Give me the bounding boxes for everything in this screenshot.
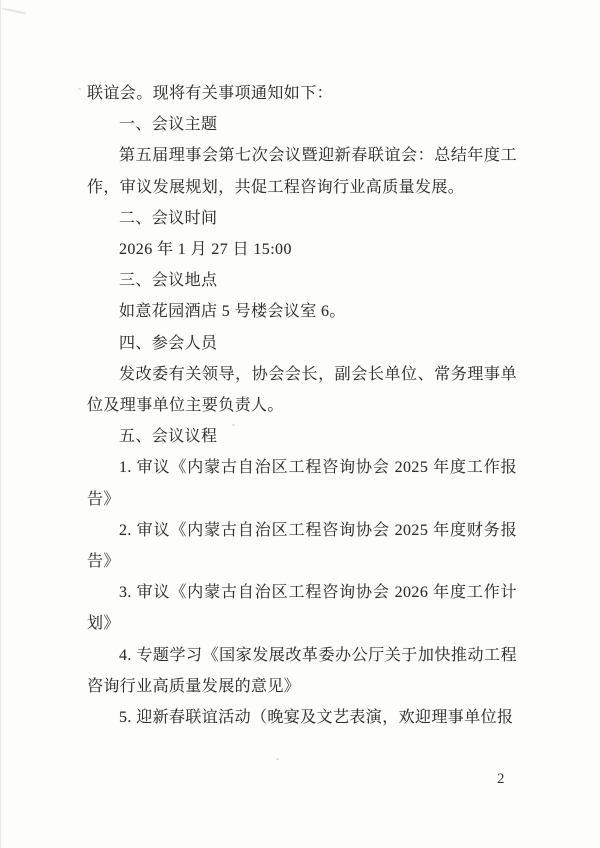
scan-smudge-artifact — [2, 8, 26, 15]
document-page: 联谊会。现将有关事项通知如下：一、会议主题第五届理事会第七次会议暨迎新春联谊会：… — [0, 0, 600, 848]
document-paragraph: 3. 审议《内蒙古自治区工程咨询协会 2026 年度工作计划》 — [87, 577, 517, 639]
document-paragraph: 四、参会人员 — [87, 328, 517, 359]
document-paragraph: 5. 迎新春联谊活动（晚宴及文艺表演，欢迎理事单位报 — [87, 702, 517, 733]
document-paragraph: 1. 审议《内蒙古自治区工程咨询协会 2025 年度工作报告》 — [87, 452, 517, 514]
document-paragraph: 发改委有关领导，协会会长，副会长单位、常务理事单位及理事单位主要负责人。 — [87, 359, 517, 421]
scan-speck-artifact — [276, 758, 279, 760]
document-paragraph: 2026 年 1 月 27 日 15:00 — [87, 234, 517, 265]
page-number: 2 — [497, 771, 505, 788]
document-paragraph: 三、会议地点 — [87, 265, 517, 296]
document-paragraph: 第五届理事会第七次会议暨迎新春联谊会：总结年度工作，审议发展规划，共促工程咨询行… — [87, 140, 517, 202]
scan-edge-artifact — [0, 0, 1, 848]
document-paragraph: 联谊会。现将有关事项通知如下： — [87, 78, 517, 109]
document-body: 联谊会。现将有关事项通知如下：一、会议主题第五届理事会第七次会议暨迎新春联谊会：… — [87, 78, 517, 733]
document-paragraph: 一、会议主题 — [87, 109, 517, 140]
document-paragraph: 2. 审议《内蒙古自治区工程咨询协会 2025 年度财务报告》 — [87, 515, 517, 577]
document-paragraph: 如意花园酒店 5 号楼会议室 6。 — [87, 296, 517, 327]
scan-speck-artifact — [78, 88, 81, 90]
document-paragraph: 4. 专题学习《国家发展改革委办公厅关于加快推动工程咨询行业高质量发展的意见》 — [87, 640, 517, 702]
document-paragraph: 五、会议议程 — [87, 421, 517, 452]
document-paragraph: 二、会议时间 — [87, 203, 517, 234]
